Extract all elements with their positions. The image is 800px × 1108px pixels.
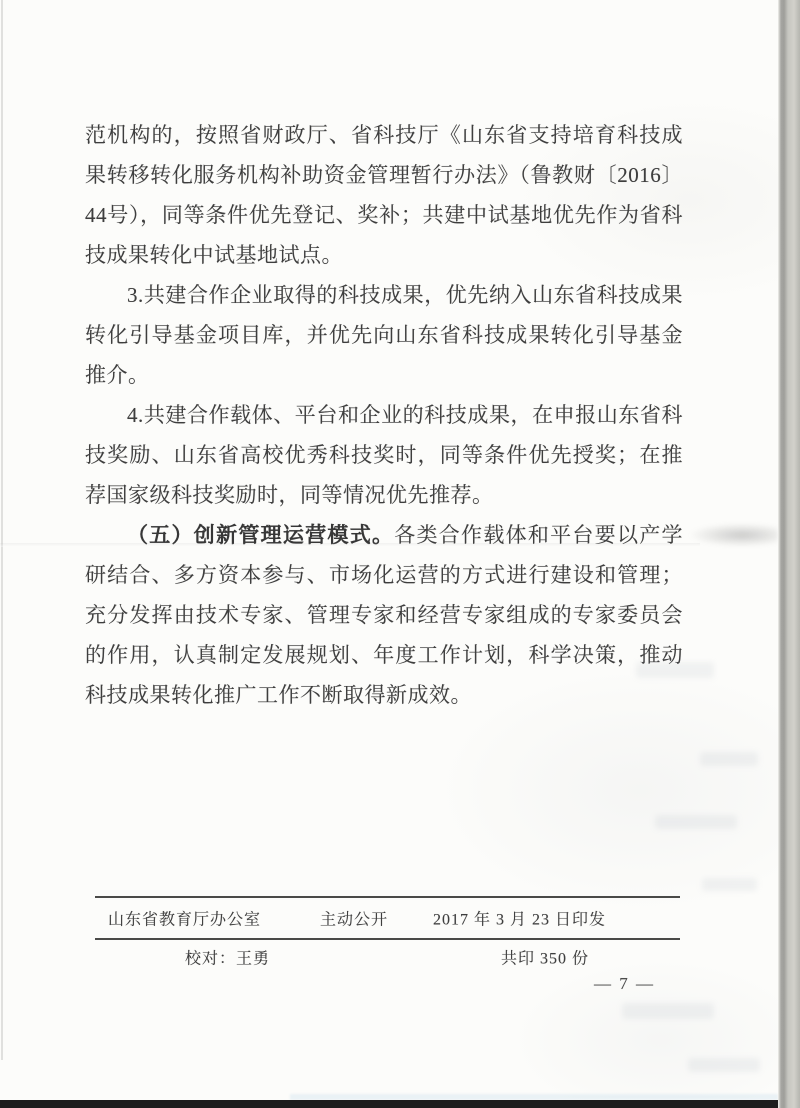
paper-crease: [0, 543, 700, 547]
bleedthrough-mark: [622, 1003, 714, 1019]
page-left-edge: [1, 0, 3, 1060]
paragraph-item-4: 4.共建合作载体、平台和企业的科技成果，在申报山东省科技奖励、山东省高校优秀科技…: [85, 395, 683, 515]
paragraph-continued: 范机构的，按照省财政厅、省科技厅《山东省支持培育科技成果转移转化服务机构补助资金…: [85, 115, 683, 275]
colophon-table: 山东省教育厅办公室 主动公开 2017 年 3 月 23 日印发 校对：王勇 共…: [95, 896, 680, 974]
disclosure-type: 主动公开: [320, 907, 388, 930]
section-5-body: 各类合作载体和平台要以产学研结合、多方资本参与、市场化运营的方式进行建设和管理；…: [85, 523, 683, 707]
print-date: 2017 年 3 月 23 日印发: [433, 907, 606, 930]
bleedthrough-mark: [655, 815, 737, 829]
scanner-edge-strip: [778, 0, 800, 1108]
paragraph-item-3: 3.共建合作企业取得的科技成果，优先纳入山东省科技成果转化引导基金项目库，并优先…: [85, 275, 683, 395]
print-copies: 共印 350 份: [501, 946, 589, 969]
bleedthrough-mark: [636, 662, 714, 678]
issuing-office: 山东省教育厅办公室: [108, 907, 261, 930]
bleedthrough-mark: [700, 752, 758, 766]
document-page: 范机构的，按照省财政厅、省科技厅《山东省支持培育科技成果转移转化服务机构补助资金…: [0, 0, 778, 1100]
proofreader: 校对：王勇: [185, 946, 270, 969]
scanned-document: 范机构的，按照省财政厅、省科技厅《山东省支持培育科技成果转移转化服务机构补助资金…: [0, 0, 800, 1108]
body-text: 范机构的，按照省财政厅、省科技厅《山东省支持培育科技成果转移转化服务机构补助资金…: [85, 115, 683, 715]
page-number: — 7 —: [594, 974, 655, 994]
bleedthrough-mark: [702, 878, 757, 891]
colophon-row-2: 校对：王勇 共印 350 份: [95, 940, 680, 974]
bleedthrough-mark: [688, 1058, 760, 1072]
scanner-bed-edge: [0, 1100, 778, 1108]
page-fold-shadow: [688, 523, 778, 547]
colophon-row-1: 山东省教育厅办公室 主动公开 2017 年 3 月 23 日印发: [95, 898, 680, 940]
